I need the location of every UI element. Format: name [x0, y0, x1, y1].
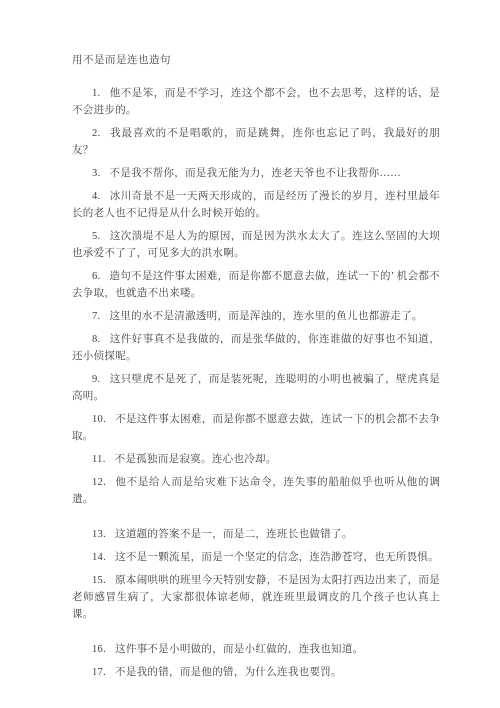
sentence-item: 9.这只壁虎不是死了，而是装死呢，连聪明的小明也被骗了，壁虎真是高明。 [72, 371, 440, 405]
sentence-item: 4.冰川奇景不是一天两天形成的，而是经历了漫长的岁月，连村里最年长的老人也不记得… [72, 188, 440, 222]
sentence-item: 15.原本闹哄哄的班里今天特别安静，不是因为太阳打西边出来了，而是老师感冒生病了… [72, 572, 440, 623]
sentence-item: 6.造句不是这件事太困难，而是你都不愿意去做，连试一下的’ 机会都不去争取，也就… [72, 268, 440, 302]
sentence-number: 15. [92, 575, 106, 586]
sentence-text: 不是我的错，而是他的错，为什么连我也要罚。 [115, 667, 342, 678]
sentence-text: 这道题的答案不是一，而是二，连班长也做错了。 [115, 529, 353, 540]
sentence-text: 不是我不帮你，而是我无能为力，连老天爷也不让我帮你…… [109, 168, 401, 179]
sentence-text: 这次溃堤不是人为的原因，而是因为洪水太大了。连这么坚固的大坝也承爱不了了，可见多… [72, 231, 440, 259]
sentence-list: 1.他不是笨，而是不学习，连这个都不会，也不去思考，这样的话，是不会进步的。 2… [72, 85, 440, 681]
sentence-item: 8.这件好事真不是我做的，而是张华做的，你连谁做的好事也不知道，还小侦探呢。 [72, 331, 440, 365]
page-title: 用不是而是连也造句 [72, 52, 440, 69]
sentence-item: 10.不是这件事太困难，而是你都不愿意去做，连试一下的机会都不去争取。 [72, 411, 440, 445]
sentence-text: 我最喜欢的不是唱歌的，而是跳舞，连你也忘记了吗，我最好的朋友？ [72, 128, 440, 156]
sentence-number: 10. [92, 414, 106, 425]
sentence-number: 3. [92, 168, 100, 179]
sentence-number: 5. [92, 231, 100, 242]
sentence-number: 12. [92, 477, 106, 488]
sentence-item: 5.这次溃堤不是人为的原因，而是因为洪水太大了。连这么坚固的大坝也承爱不了了，可… [72, 228, 440, 262]
sentence-number: 4. [92, 191, 100, 202]
sentence-text: 原本闹哄哄的班里今天特别安静，不是因为太阳打西边出来了，而是老师感冒生病了，大家… [72, 575, 440, 620]
sentence-number: 16. [92, 644, 106, 655]
sentence-item: 2.我最喜欢的不是唱歌的，而是跳舞，连你也忘记了吗，我最好的朋友？ [72, 125, 440, 159]
sentence-number: 7. [92, 311, 100, 322]
sentence-text: 他不是给人而是给灾难下达命令，连失事的船舶似乎也听从他的调遣。 [72, 477, 440, 505]
sentence-text: 这不是一颗流星，而是一个坚定的信念，连浩渺苍穹，也无所畏惧。 [115, 552, 439, 563]
document-page: 用不是而是连也造句 1.他不是笨，而是不学习，连这个都不会，也不去思考，这样的话… [0, 0, 500, 708]
sentence-text: 他不是笨，而是不学习，连这个都不会，也不去思考，这样的话，是不会进步的。 [72, 88, 440, 116]
sentence-text: 造句不是这件事太困难，而是你都不愿意去做，连试一下的’ 机会都不去争取，也就造不… [72, 271, 440, 299]
sentence-item: 3.不是我不帮你，而是我无能为力，连老天爷也不让我帮你…… [72, 165, 440, 182]
sentence-item: 12.他不是给人而是给灾难下达命令，连失事的船舶似乎也听从他的调遣。 [72, 474, 440, 508]
sentence-number: 9. [92, 374, 100, 385]
sentence-number: 6. [92, 271, 100, 282]
sentence-item: 14.这不是一颗流星，而是一个坚定的信念，连浩渺苍穹，也无所畏惧。 [72, 549, 440, 566]
sentence-number: 1. [92, 88, 100, 99]
sentence-number: 8. [92, 334, 100, 345]
sentence-number: 2. [92, 128, 100, 139]
sentence-item: 13.这道题的答案不是一，而是二，连班长也做错了。 [72, 526, 440, 543]
sentence-item: 17.不是我的错，而是他的错，为什么连我也要罚。 [72, 664, 440, 681]
sentence-number: 17. [92, 667, 106, 678]
sentence-number: 11. [92, 454, 106, 465]
sentence-text: 这只壁虎不是死了，而是装死呢，连聪明的小明也被骗了，壁虎真是高明。 [72, 374, 440, 402]
sentence-text: 这件好事真不是我做的，而是张华做的，你连谁做的好事也不知道，还小侦探呢。 [72, 334, 440, 362]
sentence-number: 13. [92, 529, 106, 540]
sentence-item: 7.这里的水不是清澈透明，而是浑浊的，连水里的鱼儿也都游走了。 [72, 308, 440, 325]
sentence-item: 11.不是孤独而是寂寞。连心也冷却。 [72, 451, 440, 468]
sentence-text: 这里的水不是清澈透明，而是浑浊的，连水里的鱼儿也都游走了。 [109, 311, 422, 322]
sentence-item: 1.他不是笨，而是不学习，连这个都不会，也不去思考，这样的话，是不会进步的。 [72, 85, 440, 119]
sentence-item: 16.这件事不是小明做的，而是小红做的，连我也知道。 [72, 641, 440, 658]
sentence-text: 不是这件事太困难，而是你都不愿意去做，连试一下的机会都不去争取。 [72, 414, 440, 442]
sentence-number: 14. [92, 552, 106, 563]
sentence-text: 这件事不是小明做的，而是小红做的，连我也知道。 [115, 644, 363, 655]
sentence-text: 冰川奇景不是一天两天形成的，而是经历了漫长的岁月，连村里最年长的老人也不记得是从… [72, 191, 440, 219]
sentence-text: 不是孤独而是寂寞。连心也冷却。 [115, 454, 277, 465]
